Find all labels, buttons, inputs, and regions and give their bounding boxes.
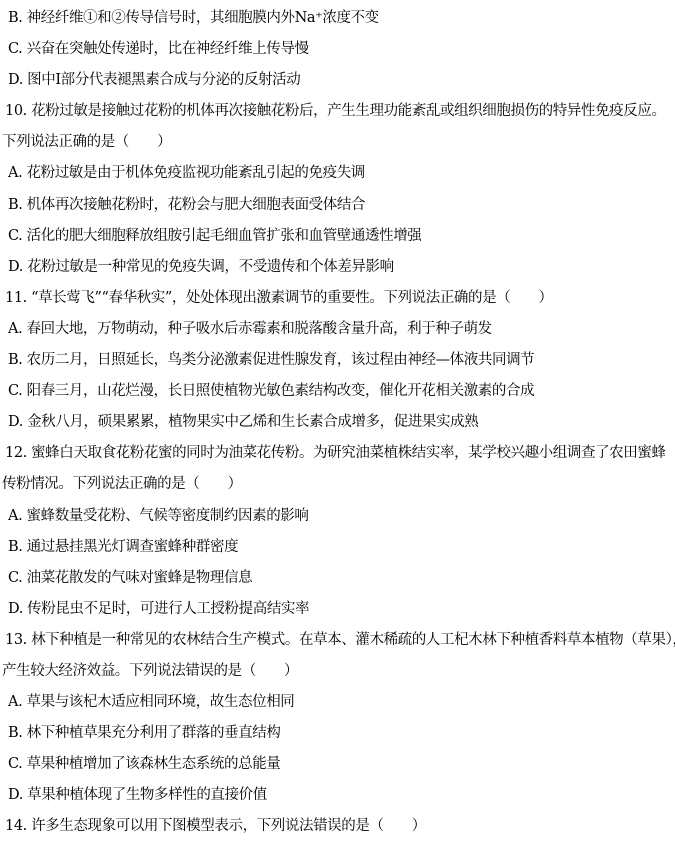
q14-stem: 14. 许多生态现象可以用下图模型表示，下列说法错误的是（ ） bbox=[0, 811, 675, 842]
q11-option-a: A. 春回大地，万物萌动，种子吸水后赤霉素和脱落酸含量升高，利于种子萌发 bbox=[0, 314, 675, 345]
q12-option-c: C. 油菜花散发的气味对蜜蜂是物理信息 bbox=[0, 563, 675, 594]
q12-stem: 12. 蜜蜂白天取食花粉花蜜的同时为油菜花传粉。为研究油菜植株结实率，某学校兴趣… bbox=[0, 438, 675, 469]
q11-option-c: C. 阳春三月，山花烂漫，长日照使植物光敏色素结构改变，催化开花相关激素的合成 bbox=[0, 376, 675, 407]
q13-stem: 13. 林下种植是一种常见的农林结合生产模式。在草本、灌木稀疏的人工杞木林下种植… bbox=[0, 625, 675, 656]
q10-stem: 10. 花粉过敏是接触过花粉的机体再次接触花粉后，产生生理功能紊乱或组织细胞损伤… bbox=[0, 96, 675, 127]
q10-option-b: B. 机体再次接触花粉时，花粉会与肥大细胞表面受体结合 bbox=[0, 190, 675, 221]
q11-option-d: D. 金秋八月，硕果累累，植物果实中乙烯和生长素合成增多，促进果实成熟 bbox=[0, 407, 675, 438]
exam-paper-page: B. 神经纤维①和②传导信号时，其细胞膜内外Na⁺浓度不变 C. 兴奋在突触处传… bbox=[0, 0, 675, 843]
q13-option-c: C. 草果种植增加了该森林生态系统的总能量 bbox=[0, 749, 675, 780]
q13-option-d: D. 草果种植体现了生物多样性的直接价值 bbox=[0, 780, 675, 811]
q9-option-c: C. 兴奋在突触处传递时，比在神经纤维上传导慢 bbox=[0, 34, 675, 65]
q10-option-c: C. 活化的肥大细胞释放组胺引起毛细血管扩张和血管壁通透性增强 bbox=[0, 221, 675, 252]
q11-stem: 11. “草长莺飞”“春华秋实”，处处体现出激素调节的重要性。下列说法正确的是（… bbox=[0, 283, 675, 314]
q12-option-a: A. 蜜蜂数量受花粉、气候等密度制约因素的影响 bbox=[0, 501, 675, 532]
q10-stem-cont: 下列说法正确的是（ ） bbox=[0, 127, 675, 158]
q10-option-d: D. 花粉过敏是一种常见的免疫失调，不受遗传和个体差异影响 bbox=[0, 252, 675, 283]
q12-option-b: B. 通过悬挂黑光灯调查蜜蜂种群密度 bbox=[0, 532, 675, 563]
q9-option-d: D. 图中Ⅰ部分代表褪黑素合成与分泌的反射活动 bbox=[0, 65, 675, 96]
q13-option-b: B. 林下种植草果充分利用了群落的垂直结构 bbox=[0, 718, 675, 749]
q12-stem-cont: 传粉情况。下列说法正确的是（ ） bbox=[0, 469, 675, 500]
q13-option-a: A. 草果与该杞木适应相同环境，故生态位相同 bbox=[0, 687, 675, 718]
q11-option-b: B. 农历二月，日照延长，鸟类分泌激素促进性腺发育，该过程由神经—体液共同调节 bbox=[0, 345, 675, 376]
q13-stem-cont: 产生较大经济效益。下列说法错误的是（ ） bbox=[0, 656, 675, 687]
q9-option-b: B. 神经纤维①和②传导信号时，其细胞膜内外Na⁺浓度不变 bbox=[0, 3, 675, 34]
q10-option-a: A. 花粉过敏是由于机体免疫监视功能紊乱引起的免疫失调 bbox=[0, 158, 675, 189]
q12-option-d: D. 传粉昆虫不足时，可进行人工授粉提高结实率 bbox=[0, 594, 675, 625]
